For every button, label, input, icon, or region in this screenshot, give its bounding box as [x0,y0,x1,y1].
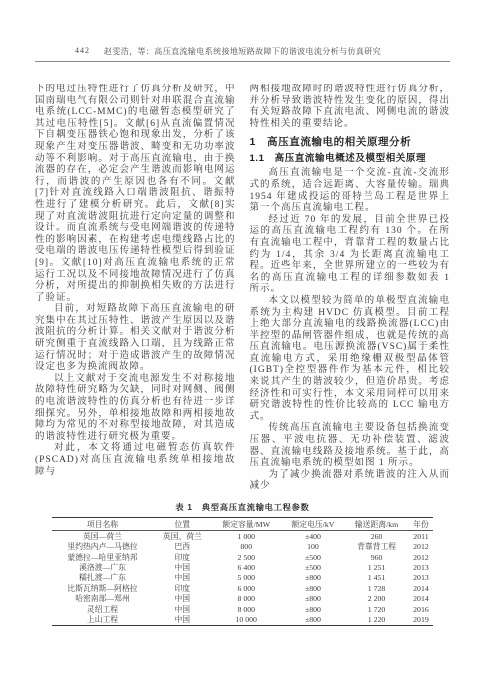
cell-voltage: ±800 [281,604,344,614]
column-header: 年份 [409,518,434,531]
cell-capacity: 8 000 [211,594,281,604]
cell-project: 溪洛渡—广东 [52,562,154,572]
cell-project: 糯扎渡—广东 [52,573,154,583]
header-rule [35,61,450,62]
table-row: 灵绍工程 中国 8 000 ±800 1 720 2016 [52,604,434,614]
paragraph: 目前，对短路故障下高压直流输电的研究集中在其过压特性、谐波产生原因以及谐波阻抗的… [35,304,236,374]
table-row: 里约热内卢—马德拉 巴西 800 100 背靠背工程 2012 [52,542,434,552]
left-column: 下的电过压特性进行了仿真分析及研究，中国南瑞电气有限公司则针对串联混合直流输电系… [35,84,236,492]
cell-voltage: 100 [281,542,344,552]
cell-year: 2012 [409,552,434,562]
paragraph: 为了减少换流器对系统谐波的注入从而减少 [250,470,451,492]
table-row: 上山工程 中国 10 000 ±800 1 220 2019 [52,614,434,625]
cell-distance: 1 251 [345,562,409,572]
cell-location: 巴西 [153,542,211,552]
two-column-body: 下的电过压特性进行了仿真分析及研究，中国南瑞电气有限公司则针对串联混合直流输电系… [35,84,450,492]
cell-year: 2013 [409,562,434,572]
paragraph: 下的电过压特性进行了仿真分析及研究，中国南瑞电气有限公司则针对串联混合直流输电系… [35,84,236,304]
page-number: 442 [75,46,90,55]
cell-location: 中国 [153,562,211,572]
cell-project: 比斯瓦纳斯—阿格拉 [52,583,154,593]
cell-year: 2014 [409,583,434,593]
cell-project: 上山工程 [52,614,154,625]
cell-location: 印度 [153,552,211,562]
section-heading: 1 高压直流输电的相关原理分析 [250,136,451,149]
cell-location: 印度 [153,583,211,593]
cell-distance: 1 728 [345,583,409,593]
cell-capacity: 10 000 [211,614,281,625]
cell-project: 灵绍工程 [52,604,154,614]
cell-distance: 1 451 [345,573,409,583]
cell-project: 英国—荷兰 [52,531,154,542]
cell-voltage: ±400 [281,531,344,542]
paragraph: 经过近 70 年的发展，目前全世界已投运的高压直流输电工程约有 130 个。在所… [250,215,451,296]
cell-year: 2012 [409,542,434,552]
column-header: 位置 [153,518,211,531]
paragraph: 以上文献对于交流电源发生不对称接地故障特性研究略为欠缺，同时对网侧、阀侧的电流谐… [35,374,236,444]
running-title: 赵雯浩，等：高压直流输电系统接地短路故障下的谐波电流分析与仿真研究 [35,46,450,57]
cell-voltage: ±500 [281,552,344,562]
table-row: 英国—荷兰 英国、荷兰 1 000 ±400 260 2011 [52,531,434,542]
cell-capacity: 2 500 [211,552,281,562]
page-header: 442 赵雯浩，等：高压直流输电系统接地短路故障下的谐波电流分析与仿真研究 [35,46,450,59]
cell-distance: 1 720 [345,604,409,614]
paper-page: 442 赵雯浩，等：高压直流输电系统接地短路故障下的谐波电流分析与仿真研究 下的… [0,0,480,673]
cell-voltage: ±800 [281,614,344,625]
cell-year: 2016 [409,604,434,614]
column-header: 输送距离/km [345,518,409,531]
cell-capacity: 6 000 [211,583,281,593]
cell-capacity: 1 000 [211,531,281,542]
paragraph: 对此，本文将通过电磁暂态仿真软件(PSCAD)对高压直流输电系统单相接地故障与 [35,443,236,478]
table-block: 表 1 典型高压直流输电工程参数 项目名称 位置 额定容量/MW 额定电压/kV… [35,502,450,626]
cell-project: 哈密南部—郑州 [52,594,154,604]
cell-distance: 1 220 [345,614,409,625]
cell-year: 2019 [409,614,434,625]
paragraph: 两相接地故障时的谐波特性进行仿真分析，并分析导致谐波特性发生变化的原因，得出有关… [250,84,451,130]
column-header: 额定电压/kV [281,518,344,531]
cell-year: 2013 [409,573,434,583]
right-column: 两相接地故障时的谐波特性进行仿真分析，并分析导致谐波特性发生变化的原因，得出有关… [250,84,451,492]
cell-capacity: 8 000 [211,604,281,614]
table-row: 哈密南部—郑州 中国 8 000 ±800 2 200 2014 [52,594,434,604]
paragraph: 本文以模型较为简单的单极型直流输电系统为主构建 HVDC 仿真模型。目前工程上绝… [250,296,451,424]
cell-location: 中国 [153,604,211,614]
paragraph: 传统高压直流输电主要设备包括换流变压器、平波电抗器、无功补偿装置、滤波器、直流输… [250,423,451,469]
column-header: 额定容量/MW [211,518,281,531]
cell-capacity: 6 400 [211,562,281,572]
cell-voltage: ±500 [281,562,344,572]
table-row: 溪洛渡—广东 中国 6 400 ±500 1 251 2013 [52,562,434,572]
cell-project: 里约热内卢—马德拉 [52,542,154,552]
cell-location: 中国 [153,594,211,604]
table-row: 比斯瓦纳斯—阿格拉 印度 6 000 ±800 1 728 2014 [52,583,434,593]
cell-year: 2011 [409,531,434,542]
cell-location: 英国、荷兰 [153,531,211,542]
cell-voltage: ±800 [281,594,344,604]
cell-distance: 960 [345,552,409,562]
cell-distance: 2 200 [345,594,409,604]
cell-location: 中国 [153,614,211,625]
page-content: 442 赵雯浩，等：高压直流输电系统接地短路故障下的谐波电流分析与仿真研究 下的… [35,46,450,626]
cell-location: 中国 [153,573,211,583]
cell-voltage: ±800 [281,573,344,583]
cell-capacity: 5 000 [211,573,281,583]
table-row: 蒙德拉—哈里亚纳邦 印度 2 500 ±500 960 2012 [52,552,434,562]
subsection-heading: 1.1 高压直流输电概述及模型相关原理 [250,153,451,165]
cell-distance: 背靠背工程 [345,542,409,552]
cell-distance: 260 [345,531,409,542]
table-row: 糯扎渡—广东 中国 5 000 ±800 1 451 2013 [52,573,434,583]
cell-capacity: 800 [211,542,281,552]
hvdc-projects-table: 项目名称 位置 额定容量/MW 额定电压/kV 输送距离/km 年份 英国—荷兰… [52,517,434,626]
table-caption: 表 1 典型高压直流输电工程参数 [35,502,450,513]
paragraph: 高压直流输电是一个交流-直流-交流形式的系统，适合远距离、大容量传输。瑞典 19… [250,168,451,214]
column-header: 项目名称 [52,518,154,531]
cell-project: 蒙德拉—哈里亚纳邦 [52,552,154,562]
table-header-row: 项目名称 位置 额定容量/MW 额定电压/kV 输送距离/km 年份 [52,518,434,531]
cell-year: 2014 [409,594,434,604]
cell-voltage: ±800 [281,583,344,593]
